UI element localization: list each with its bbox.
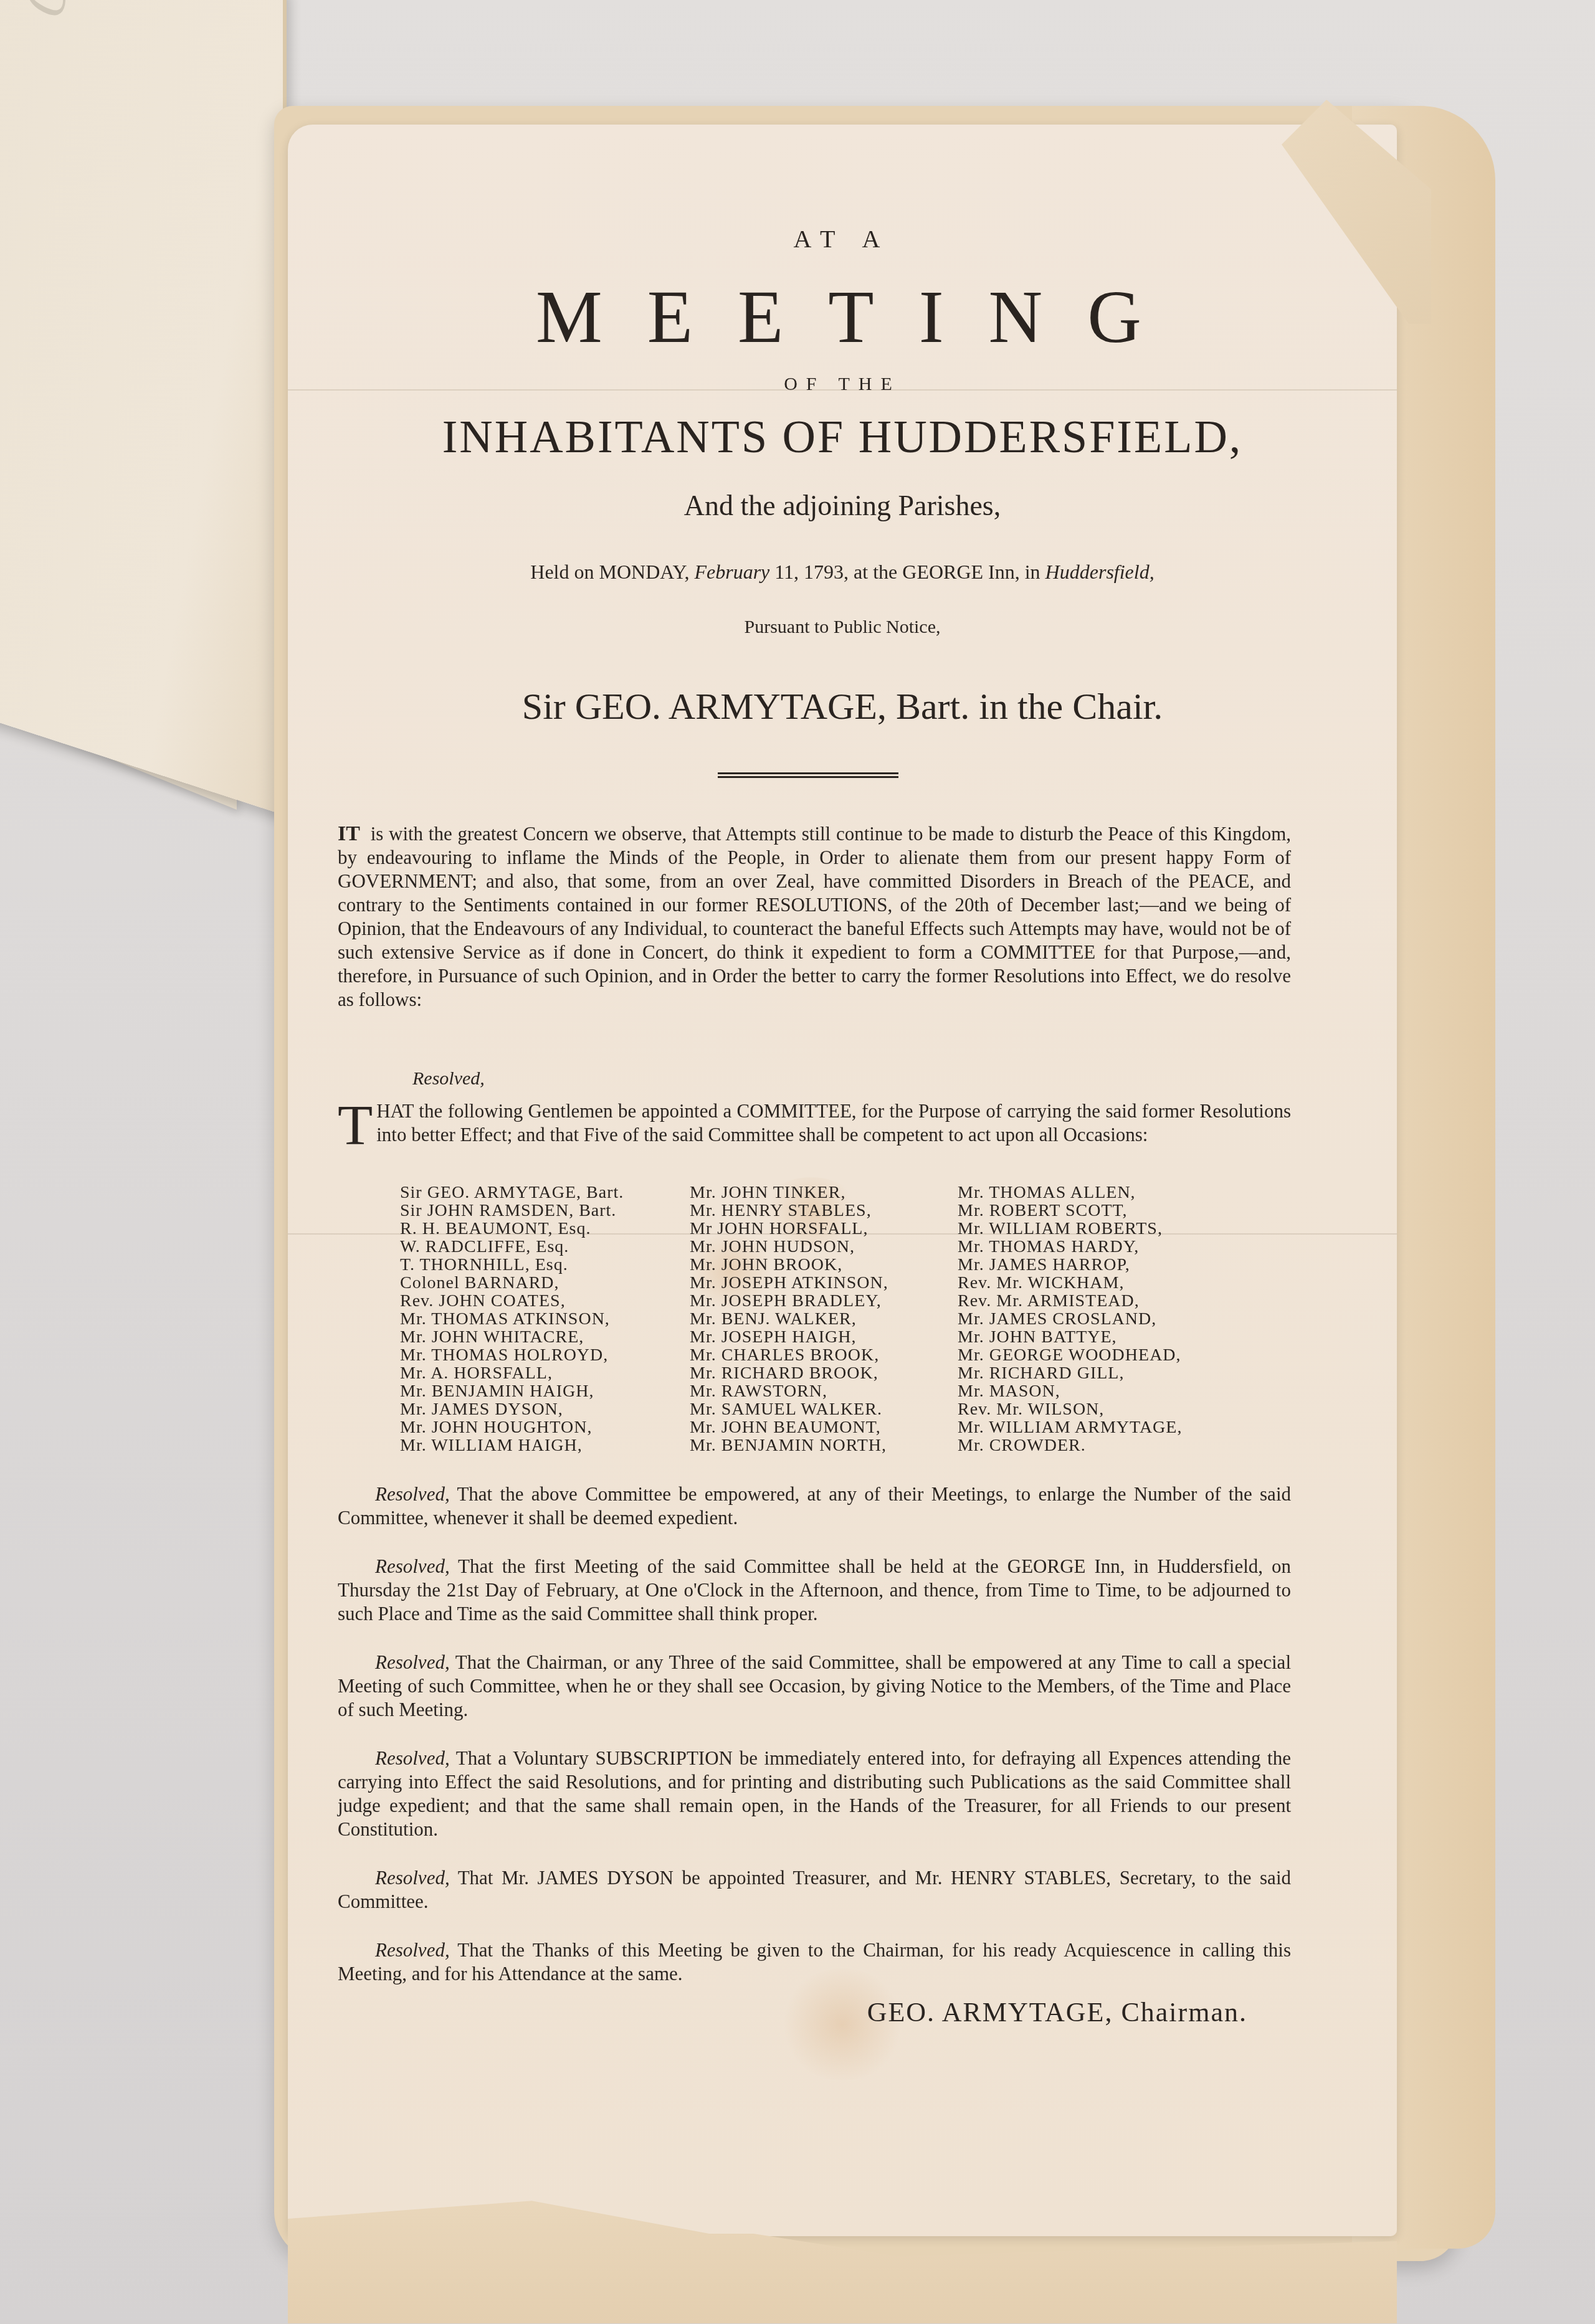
drop-cap: T [338, 1101, 373, 1149]
date-rest: 11, 1793, at the GEORGE Inn, in [769, 561, 1045, 583]
committee-member: Mr. JOHN BATTYE, [958, 1328, 1257, 1346]
committee-member: Mr. JOHN WHITACRE, [400, 1328, 690, 1346]
committee-member: Mr. RICHARD GILL, [958, 1364, 1257, 1382]
resolution-text: That the first Meeting of the said Commi… [338, 1555, 1291, 1624]
resolutions-list: Resolved, That the above Committee be em… [338, 1482, 1291, 2011]
first-resolved-label: Resolved, [412, 1068, 485, 1089]
committee-member: Mr. RICHARD BROOK, [690, 1364, 958, 1382]
committee-member: Mr. HENRY STABLES, [690, 1202, 958, 1220]
first-resolution-text: HAT the following Gentlemen be appointed… [376, 1100, 1291, 1145]
heading-inhabitants: INHABITANTS OF HUDDERSFIELD, [288, 411, 1397, 464]
committee-member: Sir GEO. ARMYTAGE, Bart. [400, 1183, 690, 1202]
left-pamphlet-page: TO [0, 0, 287, 816]
heading-meeting: MEETING [288, 274, 1397, 360]
committee-member: Mr. BENJ. WALKER, [690, 1310, 958, 1328]
intro-paragraph: IT is with the greatest Concern we obser… [338, 822, 1291, 1012]
committee-member: Mr. WILLIAM HAIGH, [400, 1436, 690, 1454]
pursuant-notice: Pursuant to Public Notice, [288, 617, 1397, 638]
committee-member: Mr. JOHN BEAUMONT, [690, 1418, 958, 1436]
first-resolution-paragraph: T HAT the following Gentlemen be appoint… [338, 1099, 1291, 1149]
committee-member: Mr. MASON, [958, 1382, 1257, 1400]
intro-text: is with the greatest Concern we observe,… [338, 823, 1291, 1010]
date-month: February [694, 561, 769, 583]
committee-member: Mr. JOSEPH BRADLEY, [690, 1292, 958, 1310]
committee-member: Mr. JAMES HARROP, [958, 1256, 1257, 1274]
committee-column-2: Mr. JOHN TINKER, Mr. HENRY STABLES, Mr J… [690, 1183, 958, 1454]
committee-member: Mr. CHARLES BROOK, [690, 1346, 958, 1364]
committee-member: Mr. WILLIAM ARMYTAGE, [958, 1418, 1257, 1436]
torn-bottom-edge [288, 2174, 1397, 2323]
date-prefix: Held on MONDAY, [530, 561, 694, 583]
broadside-sheet: AT A MEETING OF THE INHABITANTS OF HUDDE… [288, 125, 1397, 2236]
committee-member: Mr JOHN HORSFALL, [690, 1220, 958, 1238]
resolution-text: That Mr. JAMES DYSON be appointed Treasu… [338, 1867, 1291, 1912]
committee-member: Mr. JOSEPH ATKINSON, [690, 1274, 958, 1292]
committee-member: Mr. THOMAS HOLROYD, [400, 1346, 690, 1364]
committee-member: Mr. JOHN HUDSON, [690, 1238, 958, 1256]
resolved-label: Resolved, [375, 1747, 450, 1769]
resolution-paragraph: Resolved, That Mr. JAMES DYSON be appoin… [338, 1866, 1291, 1914]
committee-member: Mr. JOHN TINKER, [690, 1183, 958, 1202]
left-pamphlet-ghost-text: TO [7, 0, 92, 53]
committee-member: Colonel BARNARD, [400, 1274, 690, 1292]
committee-member: Mr. BENJAMIN NORTH, [690, 1436, 958, 1454]
committee-member: Mr. SAMUEL WALKER. [690, 1400, 958, 1418]
resolution-text: That the above Committee be empowered, a… [338, 1483, 1291, 1529]
heading-at-a: AT A [288, 224, 1397, 254]
committee-member: Mr. CROWDER. [958, 1436, 1257, 1454]
date-place: Huddersfield, [1045, 561, 1155, 583]
committee-member: Rev. JOHN COATES, [400, 1292, 690, 1310]
committee-member: Mr. THOMAS ATKINSON, [400, 1310, 690, 1328]
resolution-paragraph: Resolved, That the first Meeting of the … [338, 1555, 1291, 1626]
committee-member: Rev. Mr. WILSON, [958, 1400, 1257, 1418]
resolved-label: Resolved, [375, 1483, 450, 1505]
resolution-text: That the Chairman, or any Three of the s… [338, 1651, 1291, 1720]
chairman-signature: GEO. ARMYTAGE, Chairman. [867, 1996, 1247, 2028]
committee-member: Rev. Mr. WICKHAM, [958, 1274, 1257, 1292]
committee-member: R. H. BEAUMONT, Esq. [400, 1220, 690, 1238]
resolution-text: That the Thanks of this Meeting be given… [338, 1939, 1291, 1985]
resolution-paragraph: Resolved, That a Voluntary SUBSCRIPTION … [338, 1747, 1291, 1841]
subheading-adjoining-parishes: And the adjoining Parishes, [288, 489, 1397, 522]
committee-member: Sir JOHN RAMSDEN, Bart. [400, 1202, 690, 1220]
resolution-paragraph: Resolved, That the Thanks of this Meetin… [338, 1938, 1291, 1986]
committee-column-1: Sir GEO. ARMYTAGE, Bart. Sir JOHN RAMSDE… [400, 1183, 690, 1454]
committee-member: Mr. THOMAS HARDY, [958, 1238, 1257, 1256]
meeting-date-line: Held on MONDAY, February 11, 1793, at th… [288, 561, 1397, 584]
committee-member: Mr. GEORGE WOODHEAD, [958, 1346, 1257, 1364]
heading-of-the: OF THE [288, 374, 1397, 395]
resolution-paragraph: Resolved, That the Chairman, or any Thre… [338, 1651, 1291, 1722]
committee-member: Mr. BENJAMIN HAIGH, [400, 1382, 690, 1400]
committee-member: Rev. Mr. ARMISTEAD, [958, 1292, 1257, 1310]
resolved-label: Resolved, [375, 1867, 450, 1889]
committee-member: Mr. ROBERT SCOTT, [958, 1202, 1257, 1220]
resolved-label: Resolved, [375, 1939, 450, 1961]
committee-member: T. THORNHILL, Esq. [400, 1256, 690, 1274]
committee-column-3: Mr. THOMAS ALLEN, Mr. ROBERT SCOTT, Mr. … [958, 1183, 1257, 1454]
committee-member: Mr. JOSEPH HAIGH, [690, 1328, 958, 1346]
intro-lead-word: IT [338, 822, 360, 845]
resolved-label: Resolved, [375, 1651, 450, 1673]
committee-member: Mr. JAMES CROSLAND, [958, 1310, 1257, 1328]
committee-list: Sir GEO. ARMYTAGE, Bart. Sir JOHN RAMSDE… [400, 1183, 1272, 1454]
committee-member: W. RADCLIFFE, Esq. [400, 1238, 690, 1256]
decorative-rule [718, 772, 898, 778]
committee-member: Mr. WILLIAM ROBERTS, [958, 1220, 1257, 1238]
resolved-label: Resolved, [375, 1555, 450, 1577]
committee-member: Mr. RAWSTORN, [690, 1382, 958, 1400]
committee-member: Mr. JAMES DYSON, [400, 1400, 690, 1418]
chairman-line: Sir GEO. ARMYTAGE, Bart. in the Chair. [288, 685, 1397, 728]
committee-member: Mr. JOHN BROOK, [690, 1256, 958, 1274]
resolution-paragraph: Resolved, That the above Committee be em… [338, 1482, 1291, 1530]
committee-member: Mr. THOMAS ALLEN, [958, 1183, 1257, 1202]
resolution-text: That a Voluntary SUBSCRIPTION be immedia… [338, 1747, 1291, 1840]
committee-member: Mr. A. HORSFALL, [400, 1364, 690, 1382]
committee-member: Mr. JOHN HOUGHTON, [400, 1418, 690, 1436]
